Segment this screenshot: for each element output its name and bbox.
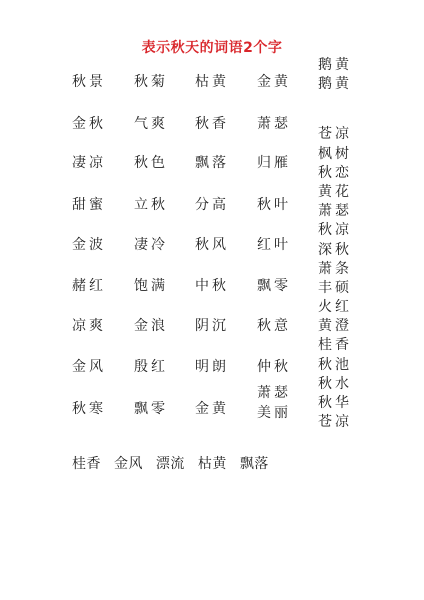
word-cell: 飘落 [195,154,229,172]
word-cell: 仲秋 [257,358,291,376]
word-cell: 金浪 [134,317,168,335]
bottom-word: 桂香 [72,456,101,472]
right-word: 萧瑟 [318,202,352,221]
word-line: 萧瑟 [257,383,291,403]
right-word: 枫树 [318,145,352,164]
word-cell: 秋景 [72,73,106,91]
word-cell: 甜蜜 [72,196,106,214]
right-word: 丰硕 [318,279,352,298]
word-cell: 金风 [72,358,106,376]
right-word: 秋华 [318,394,352,413]
word-cell: 殷红 [134,358,168,376]
bottom-word: 金风 [114,456,143,472]
right-word: 苍凉 [318,125,352,144]
word-cell: 气爽 [134,115,168,133]
right-word: 黄澄 [318,317,352,336]
word-cell: 金黄 [257,73,291,91]
word-cell: 秋意 [257,317,291,335]
word-cell-stacked: 萧瑟 美丽 [257,383,291,423]
word-cell: 归雁 [257,154,291,172]
bottom-word-line: 桂香 金风 漂流 枯黄 飘落 [72,453,275,473]
word-cell: 飘零 [257,277,291,295]
word-cell: 金波 [72,236,106,254]
right-word: 鹅黄 [318,56,352,75]
word-cell: 秋风 [195,236,229,254]
page-title: 表示秋天的词语2个字 [0,37,424,57]
word-cell: 金黄 [195,400,229,418]
right-word: 秋池 [318,356,352,375]
bottom-word: 漂流 [156,456,185,472]
word-cell: 秋菊 [134,73,168,91]
word-cell: 秋寒 [72,400,106,418]
word-cell: 飘零 [134,400,168,418]
word-cell: 萧瑟 [257,115,291,133]
word-cell: 凄凉 [72,154,106,172]
right-word: 鹅黄 [318,75,352,94]
right-word: 深秋 [318,241,352,260]
word-cell: 凉爽 [72,317,106,335]
word-cell: 中秋 [195,277,229,295]
right-word: 萧条 [318,260,352,279]
right-word-spacer [318,94,352,125]
word-line: 美丽 [257,403,291,423]
word-cell: 金秋 [72,115,106,133]
right-word: 桂香 [318,336,352,355]
right-word: 秋恋 [318,164,352,183]
right-word: 秋凉 [318,221,352,240]
word-cell: 凄冷 [134,236,168,254]
right-word: 秋水 [318,375,352,394]
word-cell: 枯黄 [195,73,229,91]
bottom-word: 枯黄 [198,456,227,472]
word-cell: 红叶 [257,236,291,254]
word-cell: 秋香 [195,115,229,133]
word-cell: 明朗 [195,358,229,376]
bottom-word: 飘落 [240,456,269,472]
word-cell: 赭红 [72,277,106,295]
word-cell: 秋叶 [257,196,291,214]
word-cell: 分高 [195,196,229,214]
word-cell: 饱满 [134,277,168,295]
word-cell: 立秋 [134,196,168,214]
right-word: 火红 [318,298,352,317]
right-word-column: 鹅黄 鹅黄 苍凉 枫树 秋恋 黄花 萧瑟 秋凉 深秋 萧条 丰硕 火红 黄澄 桂… [318,56,352,432]
word-cell: 秋色 [134,154,168,172]
word-cell: 阴沉 [195,317,229,335]
right-word: 苍凉 [318,413,352,432]
right-word: 黄花 [318,183,352,202]
